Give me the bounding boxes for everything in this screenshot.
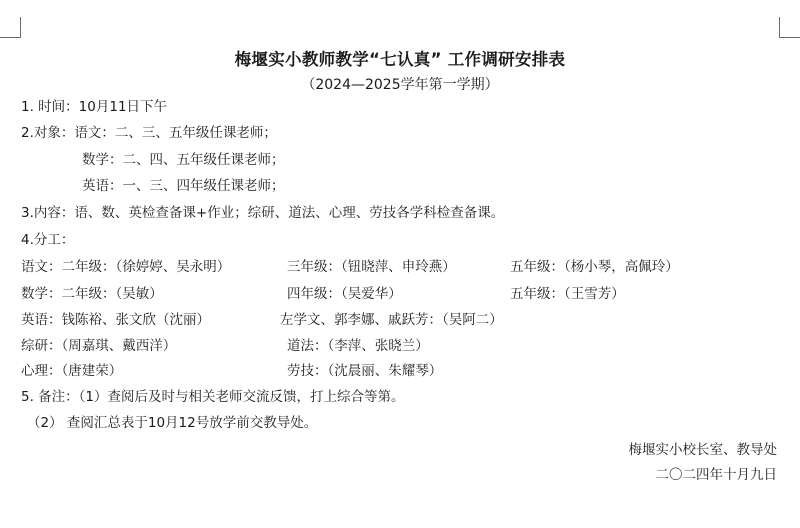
page-corner-mark-left — [0, 17, 21, 38]
division-psychology: 心理：（唐建荣） — [21, 362, 122, 380]
note-2: （2） 查阅汇总表于10月12号放学前交教导处。 — [27, 414, 317, 432]
document-title: 梅堰实小教师教学“七认真” 工作调研安排表 — [0, 46, 800, 70]
item-content: 3.内容：语、数、英检查备课+作业；综研、道法、心理、劳技各学科检查备课。 — [21, 204, 504, 222]
division-morality-law: 道法：（李萍、张晓兰） — [287, 337, 429, 355]
item-target-chinese: 2.对象：语文：二、三、五年级任课老师； — [21, 124, 277, 142]
division-research: 综研：（周嘉琪、戴西洋） — [21, 337, 176, 355]
division-labor-tech: 劳技：（沈晨丽、朱耀琴） — [287, 362, 442, 380]
division-chinese-grade5: 五年级：（杨小琴，高佩玲） — [510, 258, 679, 276]
note-1: 5. 备注：（1）查阅后及时与相关老师交流反馈，打上综合等第。 — [21, 388, 405, 406]
item-division-heading: 4.分工： — [21, 231, 74, 249]
division-math-grade5: 五年级：（王雪芳） — [510, 285, 625, 303]
item-target-math: 数学：二、四、五年级任课老师； — [82, 151, 285, 169]
signature-issuer: 梅堰实小校长室、教导处 — [629, 441, 778, 459]
document-subtitle: （2024—2025学年第一学期） — [0, 74, 800, 94]
page-corner-mark-right — [779, 17, 800, 38]
division-chinese-grade3: 三年级：（钮晓萍、申玲燕） — [287, 258, 456, 276]
division-chinese-grade2: 语文：二年级：（徐婷婷、吴永明） — [21, 258, 230, 276]
item-time: 1. 时间：10月11日下午 — [21, 98, 167, 116]
division-english-group1: 英语：钱陈裕、张文欣（沈丽） — [21, 311, 210, 329]
item-target-english: 英语：一、三、四年级任课老师； — [82, 177, 285, 195]
division-math-grade4: 四年级：（吴爱华） — [287, 285, 402, 303]
signature-date: 二〇二四年十月九日 — [656, 466, 778, 484]
division-math-grade2: 数学：二年级：（吴敏） — [21, 285, 163, 303]
division-english-group2: 左学文、郭李娜、戚跃芳：（吴阿二） — [280, 311, 503, 329]
